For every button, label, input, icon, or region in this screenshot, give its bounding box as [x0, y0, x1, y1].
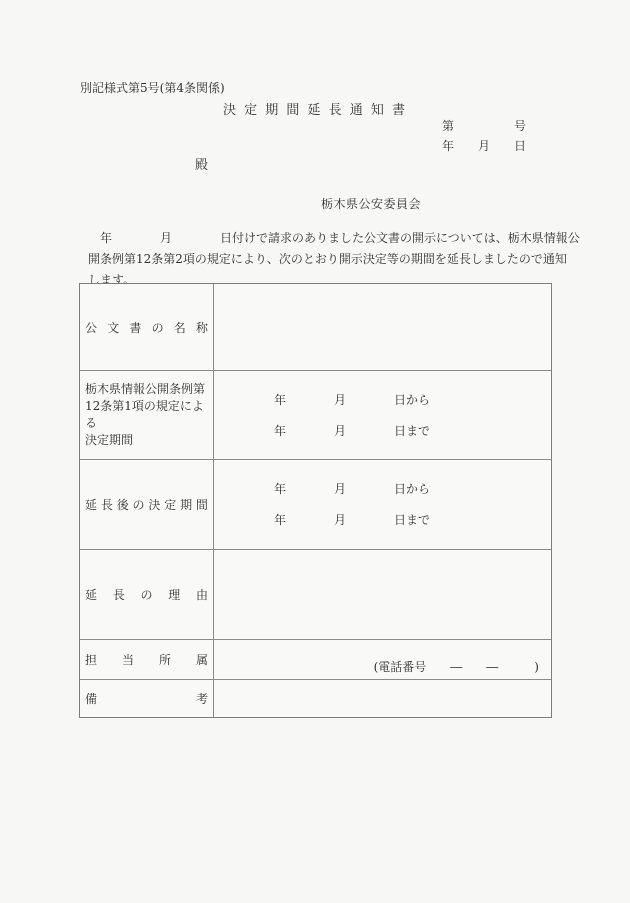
document-name-label: 公文書の名称	[85, 319, 208, 336]
extension-reason-value-cell	[214, 550, 551, 639]
extension-reason-label: 延長の理由	[85, 586, 208, 603]
document-name-label-cell: 公文書の名称	[80, 284, 214, 370]
original-decision-period-value-cell: 年 月 日から 年 月 日まで	[214, 371, 551, 459]
remarks-label: 備考	[85, 690, 208, 707]
extension-reason-label-cell: 延長の理由	[80, 550, 214, 639]
original-decision-period-label: 栃木県情報公開条例第12条第1項の規定による決定期間	[85, 381, 208, 449]
document-name-value-cell	[214, 284, 551, 370]
document-title: 決 定 期 間 延 長 通 知 書	[0, 99, 630, 118]
table-row-extension-reason: 延長の理由	[80, 550, 551, 640]
phone-number-line: (電話番号 ― ― )	[214, 640, 551, 679]
extended-decision-period-label-cell: 延長後の決定期間	[80, 460, 214, 549]
table-row-extended-decision-period: 延長後の決定期間 年 月 日から 年 月 日まで	[80, 460, 551, 550]
table-row-original-decision-period: 栃木県情報公開条例第12条第1項の規定による決定期間 年 月 日から 年 月 日…	[80, 371, 551, 460]
issuer-name: 栃木県公安委員会	[321, 195, 421, 212]
document-number-line: 第 号	[442, 117, 526, 134]
original-decision-period-dates: 年 月 日から 年 月 日まで	[214, 371, 551, 459]
extended-decision-period-dates: 年 月 日から 年 月 日まで	[214, 460, 551, 549]
remarks-label-cell: 備考	[80, 680, 214, 717]
remarks-value-cell	[214, 680, 551, 717]
table-row-remarks: 備考	[80, 680, 551, 717]
department-label: 担当所属	[85, 651, 208, 668]
issue-date-line: 年 月 日	[442, 137, 526, 154]
document-page: 別記様式第5号(第4条関係) 決 定 期 間 延 長 通 知 書 第 号 年 月…	[0, 0, 630, 903]
table-row-document-name: 公文書の名称	[80, 284, 551, 371]
extended-decision-period-label: 延長後の決定期間	[85, 496, 208, 513]
department-value-cell: (電話番号 ― ― )	[214, 640, 551, 679]
addressee-honorific: 殿	[195, 154, 208, 173]
form-id: 別記様式第5号(第4条関係)	[80, 79, 225, 96]
extended-decision-period-value-cell: 年 月 日から 年 月 日まで	[214, 460, 551, 549]
original-decision-period-label-cell: 栃木県情報公開条例第12条第1項の規定による決定期間	[80, 371, 214, 459]
notice-table: 公文書の名称 栃木県情報公開条例第12条第1項の規定による決定期間 年 月 日か…	[79, 283, 552, 718]
department-label-cell: 担当所属	[80, 640, 214, 679]
body-paragraph: 年 月 日付けで請求のありました公文書の開示については、栃木県情報公開条例第12…	[88, 228, 580, 291]
table-row-department-in-charge: 担当所属 (電話番号 ― ― )	[80, 640, 551, 680]
